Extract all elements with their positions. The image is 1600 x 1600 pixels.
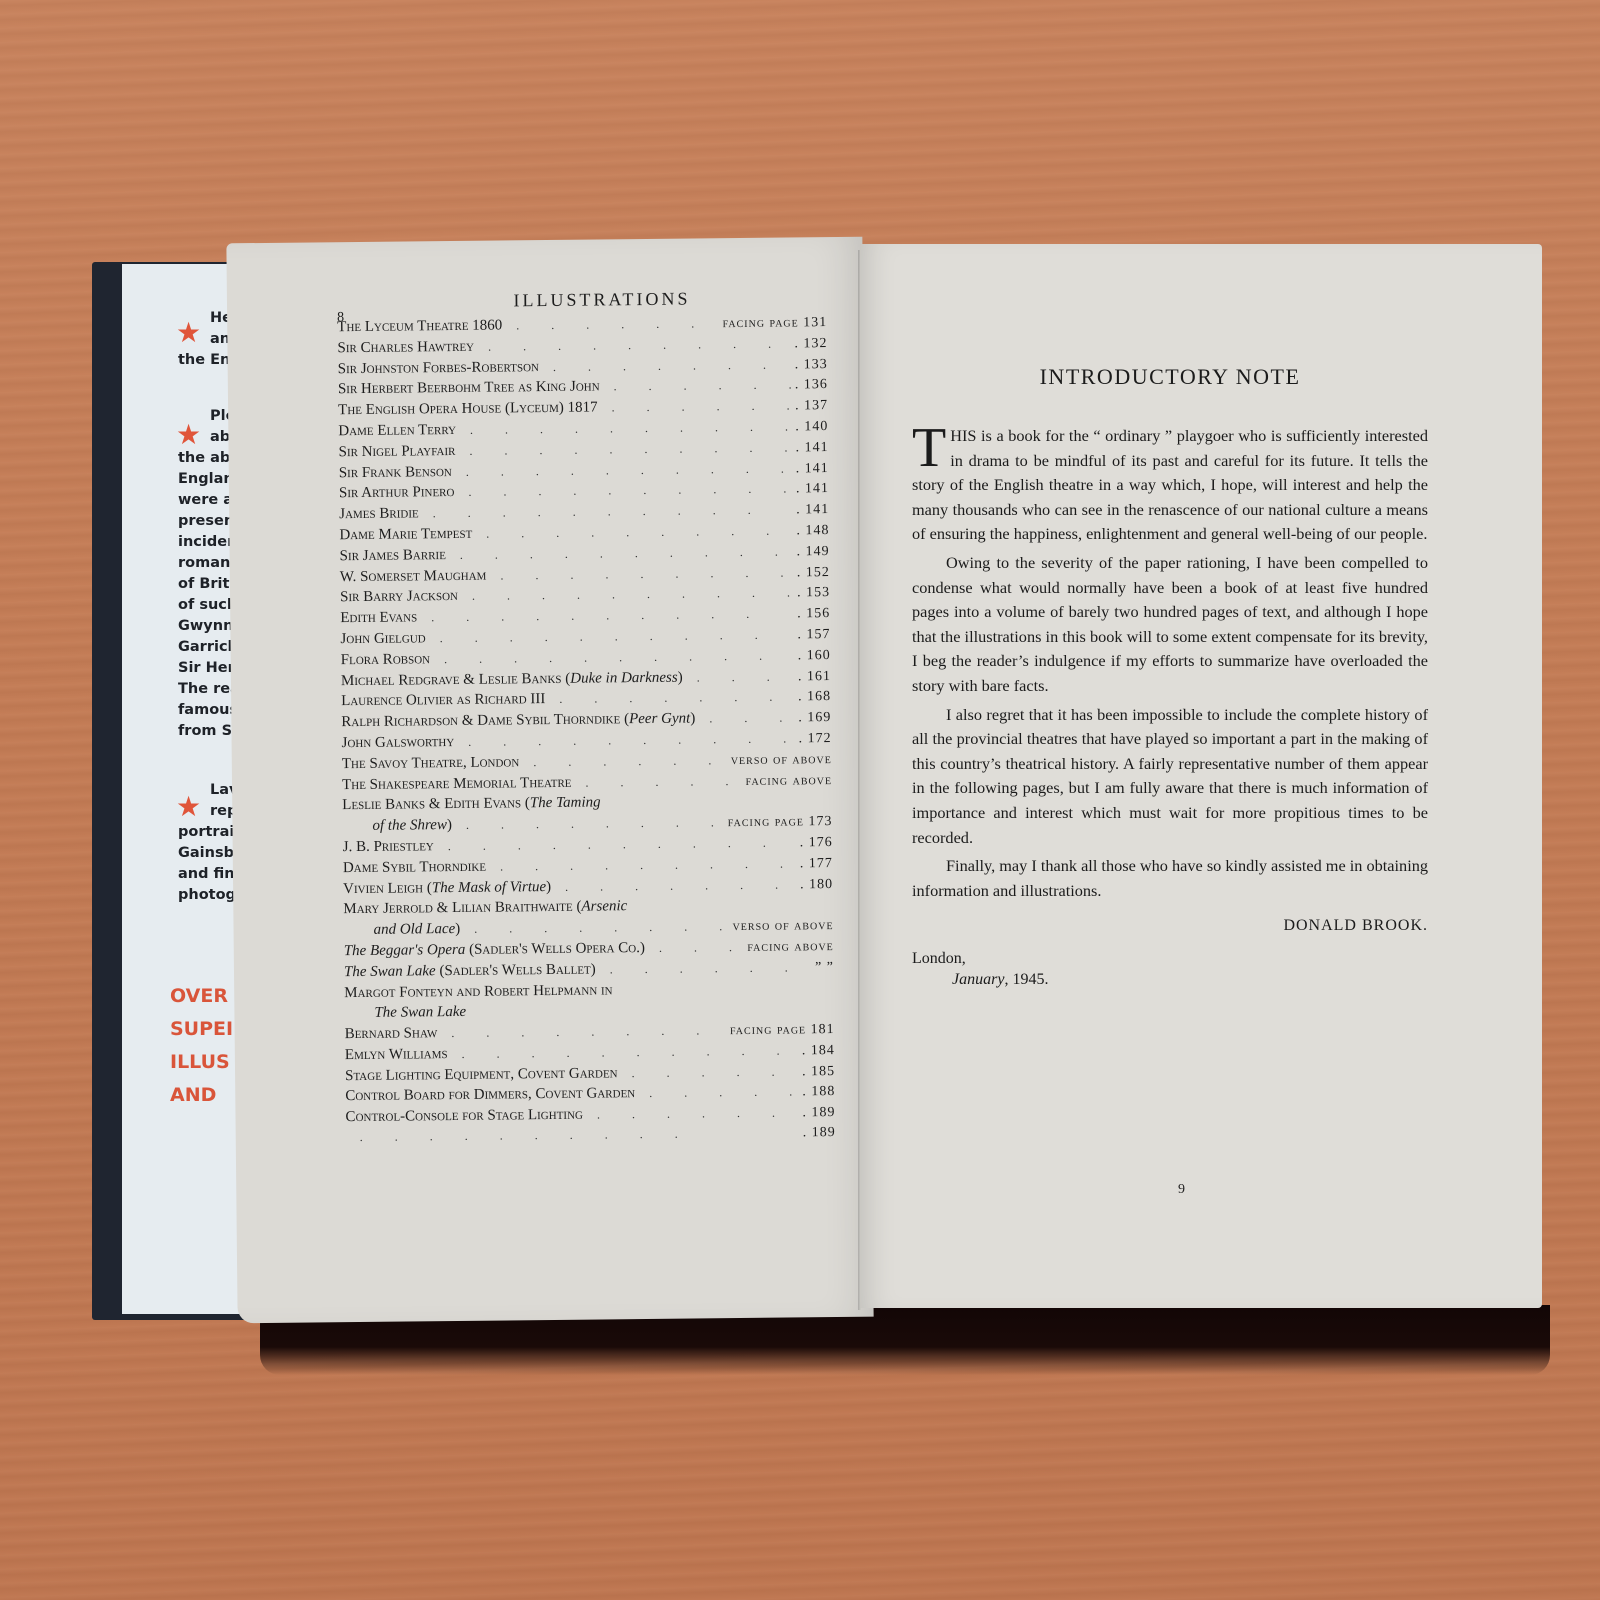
- illustration-title: and Old Lace): [343, 921, 460, 939]
- leader-dots: ..........: [486, 565, 797, 583]
- illustration-page: . 172: [799, 731, 832, 747]
- leader-dots: ..........: [446, 544, 797, 563]
- illustration-title: Dame Ellen Terry: [338, 422, 456, 440]
- illustration-title: Dame Sybil Thorndike: [343, 858, 486, 876]
- illustration-page: . 176: [800, 835, 833, 851]
- flap-red-headline: OVER SUPEI ILLUS AND: [170, 980, 233, 1112]
- illustration-page: . 180: [800, 877, 833, 893]
- illustration-title: John Gielgud: [340, 630, 425, 648]
- leader-dots: ..........: [454, 731, 798, 750]
- place-line: London,: [912, 947, 1428, 971]
- leader-dots: [601, 804, 833, 806]
- leader-dots: ..........: [695, 711, 798, 727]
- leader-dots: ..........: [434, 835, 800, 854]
- illustration-title: The Lyceum Theatre 1860: [337, 317, 502, 336]
- page-title: ILLUSTRATIONS: [377, 287, 827, 313]
- illustration-title: Sir Nigel Playfair: [338, 443, 455, 461]
- leader-dots: ..........: [452, 461, 796, 480]
- illustration-title: Sir James Barrie: [340, 547, 446, 565]
- star-icon: ★: [176, 316, 201, 350]
- leader-dots: ..........: [486, 856, 800, 874]
- illustration-title: Edith Evans: [340, 610, 417, 628]
- illustration-page: facing page 181: [730, 1022, 835, 1039]
- illustration-title: Michael Redgrave & Leslie Banks (Duke in…: [341, 669, 683, 690]
- illustration-page: . 169: [798, 710, 831, 726]
- illustration-page: . 140: [795, 419, 828, 435]
- leader-dots: ..........: [597, 399, 795, 416]
- leader-dots: ..........: [474, 336, 795, 354]
- illustration-title: Flora Robson: [341, 651, 431, 669]
- illustration-title: Dame Marie Tempest: [339, 526, 472, 544]
- star-icon: ★: [176, 790, 201, 824]
- illustration-title: James Bridie: [339, 506, 419, 524]
- leader-dots: ..........: [426, 627, 798, 646]
- illustration-title: Sir Charles Hawtrey: [337, 339, 474, 357]
- illustration-page: . 161: [798, 669, 831, 685]
- leader-dots: ..........: [635, 1085, 802, 1102]
- leader-dots: ..........: [454, 482, 796, 501]
- illustration-title: Sir Frank Benson: [339, 464, 452, 482]
- illustration-title: John Galsworthy: [342, 734, 455, 752]
- illustration-title: Sir Arthur Pinero: [339, 484, 455, 502]
- illustration-title: The Beggar's Opera (Sadler's Wells Opera…: [344, 940, 645, 960]
- illustration-page: verso of above: [732, 918, 833, 935]
- leader-dots: ..........: [551, 877, 800, 895]
- leader-dots: ..........: [419, 503, 797, 522]
- illustration-page: . 152: [797, 565, 830, 581]
- leader-dots: ..........: [519, 753, 731, 770]
- illustration-title: Mary Jerrold & Lilian Braithwaite (Arsen…: [343, 899, 627, 919]
- illustration-page: . 160: [798, 648, 831, 664]
- leader-dots: ..........: [455, 440, 795, 459]
- dust-jacket-flap: ★ Her and the Engl ★ Plea able the abso …: [122, 264, 240, 1314]
- illustration-page: . 189: [802, 1105, 835, 1121]
- illustration-title: The Swan Lake (Sadler's Wells Ballet): [344, 961, 596, 981]
- leader-dots: ..........: [600, 378, 795, 395]
- leader-dots: ..........: [539, 357, 795, 375]
- illustration-title: The English Opera House (Lyceum) 1817: [338, 400, 598, 420]
- leader-dots: ..........: [417, 607, 797, 626]
- leader-dots: ..........: [472, 523, 796, 541]
- list-item: ........... 189: [346, 1125, 836, 1151]
- illustration-title: Control Board for Dimmers, Covent Garden: [345, 1086, 635, 1106]
- drop-cap: T: [912, 426, 946, 470]
- leader-dots: ..........: [545, 690, 798, 708]
- illustration-title: The Savoy Theatre, London: [342, 754, 520, 773]
- introductory-note: INTRODUCTORY NOTE THIS is a book for the…: [912, 364, 1428, 989]
- illustration-page: . 184: [802, 1043, 835, 1059]
- illustration-title: Sir Herbert Beerbohm Tree as King John: [338, 379, 600, 399]
- illustrations-rows: The Lyceum Theatre 1860..........facing …: [337, 314, 836, 1151]
- leader-dots: ..........: [683, 669, 798, 685]
- date-line: January, 1945.: [912, 971, 1428, 989]
- illustration-page: facing page 173: [728, 814, 833, 831]
- page-number-right: 9: [1178, 1182, 1185, 1198]
- illustration-page: . 141: [796, 502, 829, 518]
- illustration-page: facing above: [746, 773, 833, 790]
- leader-dots: [466, 1012, 834, 1016]
- leader-dots: ..........: [502, 316, 722, 333]
- illustration-title: Emlyn Williams: [345, 1046, 448, 1064]
- illustration-title: W. Somerset Maugham: [340, 567, 487, 586]
- leader-dots: ..........: [618, 1064, 803, 1081]
- leader-dots: ..........: [460, 919, 732, 937]
- illustration-page: . 188: [802, 1085, 835, 1101]
- illustration-page: . 133: [795, 357, 828, 373]
- illustration-page: facing page 131: [722, 315, 827, 332]
- illustration-title: Laurence Olivier as Richard III: [341, 691, 545, 710]
- leader-dots: ..........: [596, 960, 815, 977]
- illustration-title: The Swan Lake: [344, 1004, 466, 1022]
- illustration-page: . 153: [797, 585, 830, 601]
- illustration-title: J. B. Priestley: [343, 838, 434, 856]
- illustration-page: . 168: [798, 689, 831, 705]
- illustration-page: . 185: [802, 1064, 835, 1080]
- illustration-title: of the Shrew): [342, 817, 452, 835]
- illustration-title: Leslie Banks & Edith Evans (The Taming: [342, 795, 600, 815]
- illustration-page: . 132: [794, 336, 827, 352]
- paragraph-4: Finally, may I thank all those who have …: [912, 854, 1428, 903]
- paragraph-1: THIS is a book for the “ ordinary ” play…: [912, 424, 1428, 547]
- illustration-page: . 149: [797, 544, 830, 560]
- star-icon: ★: [176, 418, 201, 452]
- illustration-title: Stage Lighting Equipment, Covent Garden: [345, 1065, 618, 1085]
- illustration-title: Bernard Shaw: [345, 1025, 438, 1043]
- section-title: INTRODUCTORY NOTE: [912, 364, 1428, 390]
- leader-dots: ..........: [437, 1023, 730, 1041]
- illustration-page: . 156: [797, 606, 830, 622]
- paragraph-3: I also regret that it has been impossibl…: [912, 703, 1428, 851]
- leader-dots: [627, 908, 833, 910]
- illustration-title: Sir Johnston Forbes-Robertson: [338, 359, 539, 378]
- flap-text-block-3b: portrait Gainsbo and fine photogr: [178, 822, 240, 906]
- leader-dots: ..........: [430, 648, 798, 667]
- illustration-title: Sir Barry Jackson: [340, 588, 458, 606]
- illustration-page: . 157: [797, 627, 830, 643]
- leader-dots: [613, 992, 835, 994]
- illustration-page: . 148: [796, 523, 829, 539]
- leader-dots: ..........: [645, 940, 748, 956]
- leader-dots: ..........: [458, 586, 797, 605]
- leader-dots: ..........: [452, 815, 728, 833]
- illustration-page: . 141: [796, 481, 829, 497]
- paragraph-2: Owing to the severity of the paper ratio…: [912, 551, 1428, 699]
- author-signature: DONALD BROOK.: [912, 917, 1428, 935]
- illustration-page: . 189: [803, 1125, 836, 1141]
- illustration-title: The Shakespeare Memorial Theatre: [342, 774, 572, 793]
- leader-dots: ..........: [571, 773, 745, 790]
- illustration-page: verso of above: [731, 752, 832, 769]
- right-page: INTRODUCTORY NOTE THIS is a book for the…: [860, 244, 1542, 1308]
- illustration-title: Vivien Leigh (The Mask of Virtue): [343, 879, 551, 898]
- illustration-title: Control-Console for Stage Lighting: [345, 1107, 583, 1126]
- illustration-page: facing above: [747, 939, 834, 956]
- illustration-page: . 136: [795, 377, 828, 393]
- illustration-title: Margot Fonteyn and Robert Helpmann in: [344, 982, 613, 1002]
- left-page: 8 ILLUSTRATIONS The Lyceum Theatre 1860.…: [226, 237, 873, 1324]
- illustration-page: ” ”: [815, 960, 834, 976]
- illustrations-list: 8 ILLUSTRATIONS The Lyceum Theatre 1860.…: [337, 287, 836, 1151]
- illustration-page: . 141: [795, 440, 828, 456]
- illustration-page: . 177: [800, 856, 833, 872]
- leader-dots: ..........: [447, 1043, 801, 1062]
- illustration-title: Ralph Richardson & Dame Sybil Thorndike …: [341, 711, 695, 732]
- illustration-page: . 141: [796, 461, 829, 477]
- leader-dots: ..........: [583, 1106, 803, 1123]
- page-number-left: 8: [337, 310, 344, 326]
- illustration-page: . 137: [795, 398, 828, 414]
- leader-dots: ..........: [456, 419, 795, 438]
